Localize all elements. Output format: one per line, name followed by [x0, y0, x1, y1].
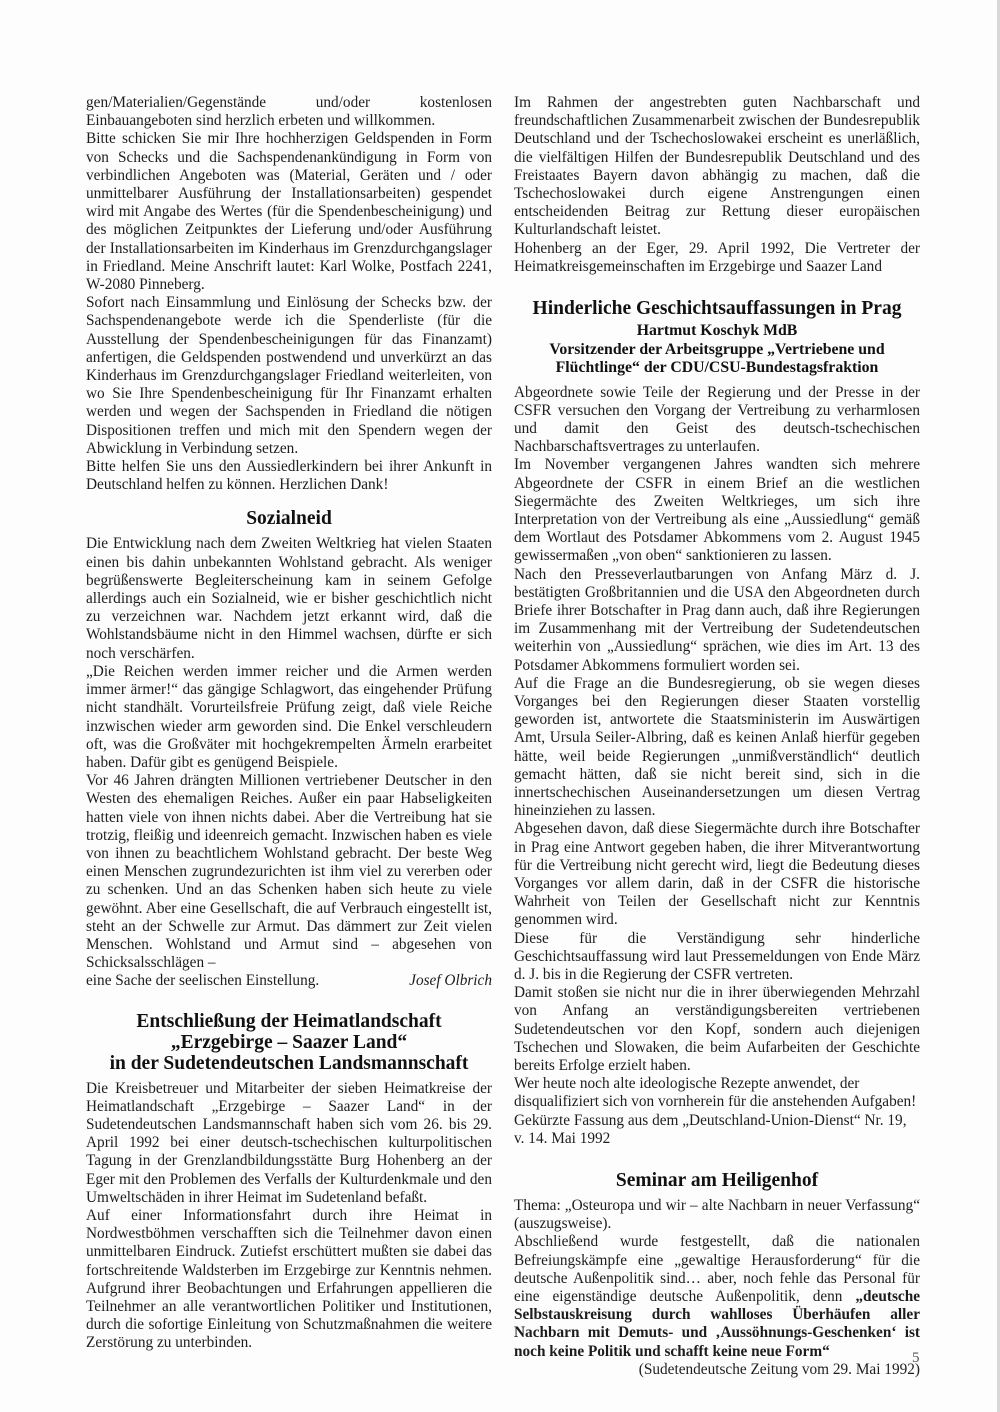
byline-author: Hartmut Koschyk MdB [514, 322, 920, 341]
paragraph: gen/Materialien/Gegenstände und/oder kos… [86, 94, 492, 130]
paragraph: Die Kreisbetreuer und Mitarbeiter der si… [86, 1080, 492, 1207]
entschliessung-article: Entschließung der Heimatlandschaft „Erzg… [86, 1011, 492, 1353]
document-page: gen/Materialien/Gegenstände und/oder kos… [0, 0, 1000, 1412]
paragraph: Abschließend wurde festgestellt, daß die… [514, 1233, 920, 1360]
paragraph: Auf die Frage an die Bundesregierung, ob… [514, 675, 920, 821]
source-note: Gekürzte Fassung aus dem „Deutschland-Un… [514, 1112, 920, 1148]
paragraph: Wer heute noch alte ideologische Rezepte… [514, 1075, 920, 1111]
paragraph: Die Entwicklung nach dem Zweiten Weltkri… [86, 535, 492, 662]
paragraph: Auf einer Informationsfahrt durch ihre H… [86, 1207, 492, 1353]
paragraph: Im November vergangenen Jahres wandten s… [514, 456, 920, 565]
paragraph: Im Rahmen der angestrebten guten Nachbar… [514, 94, 920, 240]
prag-article: Hinderliche Geschichtsauffassungen in Pr… [514, 298, 920, 1148]
left-column: gen/Materialien/Gegenstände und/oder kos… [86, 94, 492, 1353]
sozialneid-article: Sozialneid Die Entwicklung nach dem Zwei… [86, 508, 492, 990]
article-title-line: „Erzgebirge – Saazer Land“ [86, 1032, 492, 1053]
paragraph: „Die Reichen werden immer reicher und di… [86, 663, 492, 772]
seminar-article: Seminar am Heiligenhof Thema: „Osteuropa… [514, 1170, 920, 1379]
paragraph: Nach den Presseverlautbarungen von Anfan… [514, 566, 920, 675]
entschliessung-continued: Im Rahmen der angestrebten guten Nachbar… [514, 94, 920, 276]
article-title: Seminar am Heiligenhof [514, 1170, 920, 1191]
paragraph: Bitte helfen Sie uns den Aussiedlerkinde… [86, 458, 492, 494]
author-name: Josef Olbrich [409, 972, 492, 990]
paragraph: Damit stoßen sie nicht nur die in ihrer … [514, 984, 920, 1075]
paragraph: Diese für die Verständigung sehr hinderl… [514, 930, 920, 985]
signature-line: eine Sache der seelischen Einstellung. J… [86, 972, 492, 990]
closing-text: eine Sache der seelischen Einstellung. [86, 972, 319, 990]
paragraph: Thema: „Osteuropa und wir – alte Nachbar… [514, 1197, 920, 1233]
article-title-line: Entschließung der Heimatlandschaft [86, 1011, 492, 1032]
byline-role: Vorsitzender der Arbeitsgruppe „Vertrieb… [514, 341, 920, 360]
paragraph: Sofort nach Einsammlung und Einlösung de… [86, 294, 492, 458]
right-column: Im Rahmen der angestrebten guten Nachbar… [514, 94, 920, 1379]
page-number: 5 [912, 1350, 920, 1367]
paragraph: Hohenberg an der Eger, 29. April 1992, D… [514, 240, 920, 276]
donation-appeal-section: gen/Materialien/Gegenstände und/oder kos… [86, 94, 492, 494]
byline-role: Flüchtlinge“ der CDU/CSU-Bundestagsfrakt… [514, 359, 920, 378]
paragraph: Abgesehen davon, daß diese Siegermächte … [514, 820, 920, 929]
article-title: Hinderliche Geschichtsauffassungen in Pr… [514, 298, 920, 319]
article-title: Sozialneid [86, 508, 492, 529]
paragraph: Abgeordnete sowie Teile der Regierung un… [514, 384, 920, 457]
article-title-line: in der Sudetendeutschen Landsmannschaft [86, 1053, 492, 1074]
paragraph: Vor 46 Jahren drängten Millionen vertrie… [86, 772, 492, 972]
source-citation: (Sudetendeutsche Zeitung vom 29. Mai 199… [514, 1361, 920, 1379]
paragraph: Bitte schicken Sie mir Ihre hochherzigen… [86, 130, 492, 294]
